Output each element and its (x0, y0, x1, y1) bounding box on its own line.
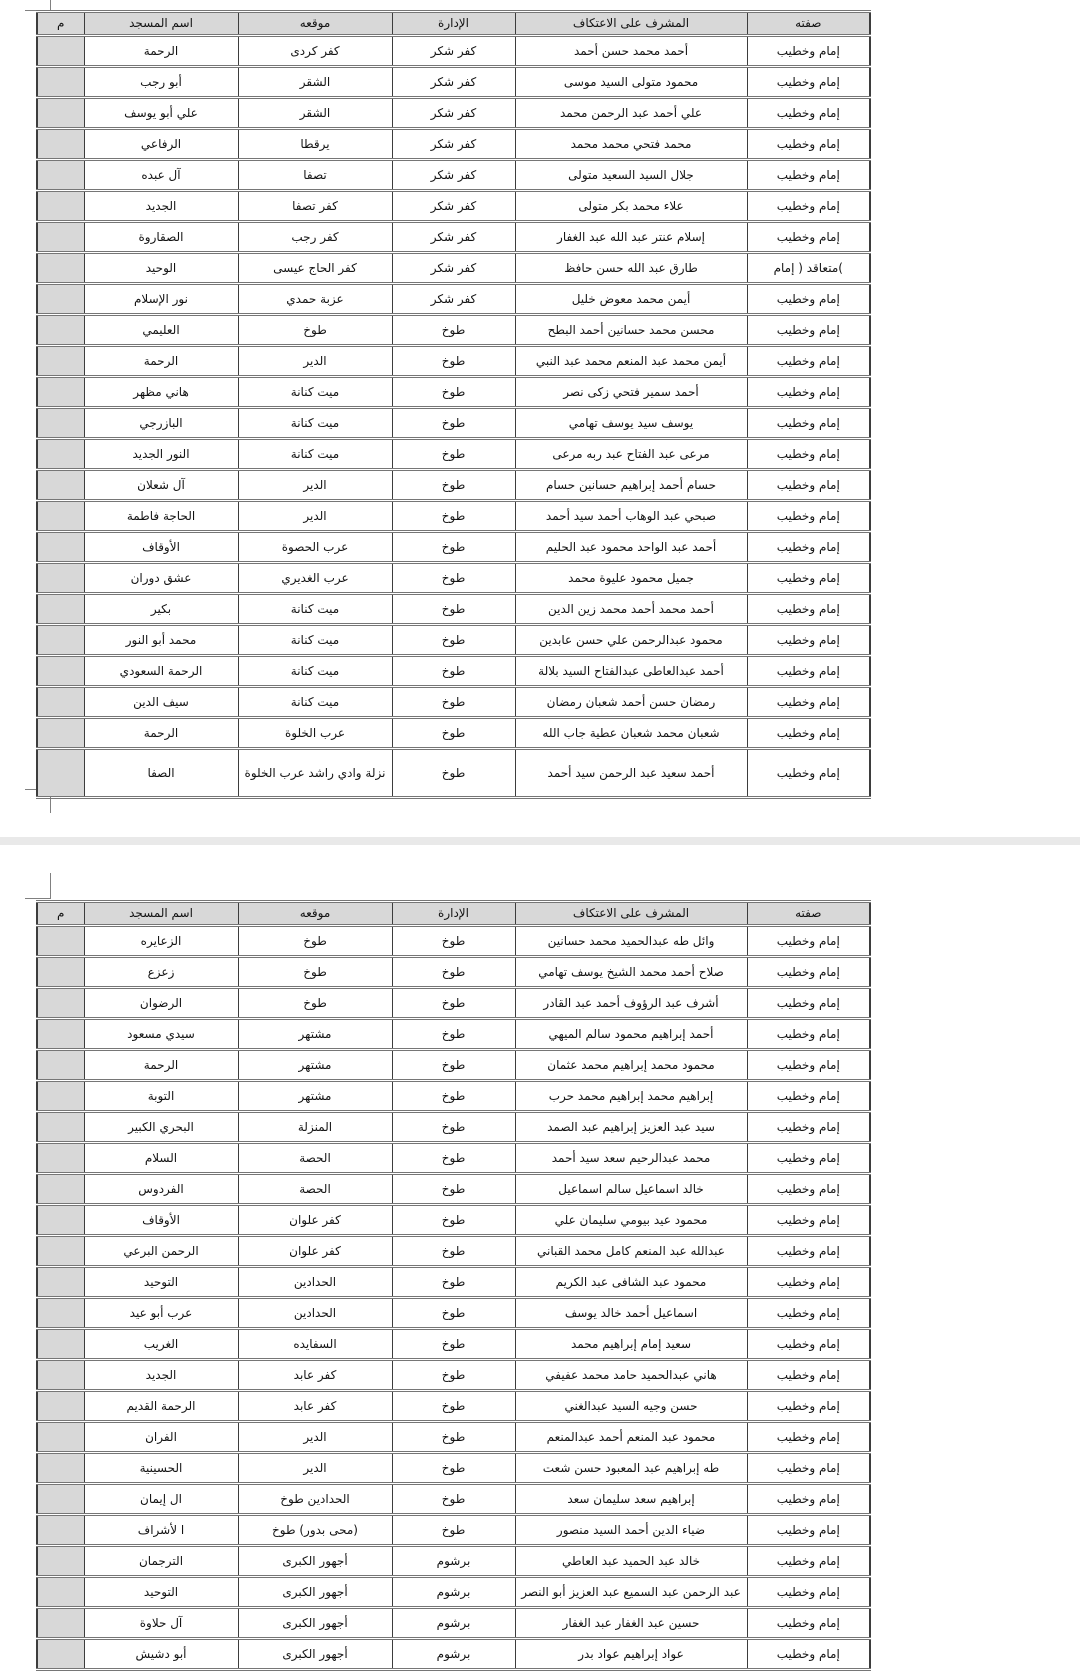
cell-imam-title: إمام وخطيب (747, 1329, 870, 1360)
cell-serial (37, 1329, 84, 1360)
cell-serial (37, 1360, 84, 1391)
cell-serial (37, 470, 84, 501)
cell-serial (37, 1267, 84, 1298)
cell-imam-title: إمام وخطيب (747, 1205, 870, 1236)
table-row: الزعايرهطوخطوخوائل طه عبدالحميد محمد حسا… (37, 926, 870, 957)
cell-administration: كفر شكر (392, 160, 515, 191)
cell-mosque-name: ال إيمان (84, 1484, 238, 1515)
cell-itikaf-supervisor: محسن محمد حسانين أحمد البطح (515, 315, 747, 346)
cell-imam-title: إمام وخطيب (747, 749, 870, 798)
cell-itikaf-supervisor: يوسف سيد يوسف تهامي (515, 408, 747, 439)
cell-mosque-name: الرحمة (84, 36, 238, 67)
cell-serial (37, 1019, 84, 1050)
table-row: الرحمن البرعيكفر علوانطوخعبدالله عبد الم… (37, 1236, 870, 1267)
cell-itikaf-supervisor: طارق عبد الله حسن حافظ (515, 253, 747, 284)
cell-mosque-name: الصقاروة (84, 222, 238, 253)
cell-serial (37, 988, 84, 1019)
cell-itikaf-supervisor: محمد فتحي محمد محمد (515, 129, 747, 160)
cell-location: كفر الحاج عيسى (238, 253, 392, 284)
cell-imam-title: إمام وخطيب (747, 1267, 870, 1298)
cell-administration: كفر شكر (392, 36, 515, 67)
cell-serial (37, 656, 84, 687)
cell-itikaf-supervisor: محمد عبدالرحيم سعد سيد أحمد (515, 1143, 747, 1174)
cell-location: يرقطا (238, 129, 392, 160)
cell-mosque-name: الرحمة (84, 718, 238, 749)
cell-serial (37, 1143, 84, 1174)
table-row: ال إيمانالحدادين طوخطوخإبراهيم سعد سليما… (37, 1484, 870, 1515)
cell-serial (37, 1608, 84, 1639)
cell-serial (37, 191, 84, 222)
table-row: الرضوانطوخطوخأشرف عبد الرؤوف أحمد عبد ال… (37, 988, 870, 1019)
cell-administration: كفر شكر (392, 98, 515, 129)
cell-itikaf-supervisor: محمود محمد إبراهيم محمد عثمان (515, 1050, 747, 1081)
cell-serial (37, 749, 84, 798)
cell-location: طوخ (238, 926, 392, 957)
cell-itikaf-supervisor: جميل محمود عليوة محمد (515, 563, 747, 594)
cell-mosque-name: الجديد (84, 191, 238, 222)
cell-mosque-name: الرحمة القديم (84, 1391, 238, 1422)
cell-mosque-name: عرب أبو عيد (84, 1298, 238, 1329)
cell-administration: طوخ (392, 687, 515, 718)
cell-administration: طوخ (392, 377, 515, 408)
cell-location: كفر علوان (238, 1205, 392, 1236)
cell-itikaf-supervisor: أحمد إبراهيم محمود سالم الميهي (515, 1019, 747, 1050)
cell-location: نزلة وادي راشد عرب الخلوة (238, 749, 392, 798)
cell-mosque-name: البازرجي (84, 408, 238, 439)
cell-imam-title: إمام وخطيب (747, 1019, 870, 1050)
cell-serial (37, 1050, 84, 1081)
cell-mosque-name: آل حلاوة (84, 1608, 238, 1639)
cell-serial (37, 129, 84, 160)
table-row: محمد أبو النورميت كنانةطوخمحمود عبدالرحم… (37, 625, 870, 656)
cell-itikaf-supervisor: طه إبراهيم عبد المعبود حسن شعت (515, 1453, 747, 1484)
table-row: النور الجديدميت كنانةطوخمرعى عبد الفتاح … (37, 439, 870, 470)
cell-itikaf-supervisor: سيد عبد العزيز إبراهيم عبد الصمد (515, 1112, 747, 1143)
table-row: سيف الدينميت كنانةطوخرمضان حسن أحمد شعبا… (37, 687, 870, 718)
col-header-admin: الإدارة (392, 12, 515, 36)
cell-administration: طوخ (392, 1205, 515, 1236)
cell-imam-title: إمام وخطيب (747, 191, 870, 222)
table-row: سيدي مسعودمشتهرطوخأحمد إبراهيم محمود سال… (37, 1019, 870, 1050)
col-header-title: صفته (747, 12, 870, 36)
cell-location: الشقر (238, 67, 392, 98)
cell-administration: كفر شكر (392, 253, 515, 284)
table-row: هاني مظهرميت كنانةطوخأحمد سمير فتحي زكى … (37, 377, 870, 408)
table-row: علي أبو يوسفالشقركفر شكرعلي أحمد عبد الر… (37, 98, 870, 129)
cell-itikaf-supervisor: حسام أحمد إبراهيم حسانين حسام (515, 470, 747, 501)
table-row: الوحيدكفر الحاج عيسىكفر شكرطارق عبد الله… (37, 253, 870, 284)
cell-administration: طوخ (392, 1298, 515, 1329)
cell-imam-title: إمام وخطيب (747, 67, 870, 98)
cell-itikaf-supervisor: خالد عبد الحميد عبد العاطي (515, 1546, 747, 1577)
cell-serial (37, 222, 84, 253)
page2-top-corner-mark (50, 873, 51, 899)
cell-location: تصفا (238, 160, 392, 191)
cell-location: ميت كنانة (238, 625, 392, 656)
cell-administration: طوخ (392, 594, 515, 625)
cell-mosque-name: الأوقاف (84, 532, 238, 563)
cell-imam-title: إمام وخطيب (747, 501, 870, 532)
cell-serial (37, 1453, 84, 1484)
cell-mosque-name: الصفا (84, 749, 238, 798)
cell-imam-title: إمام وخطيب (747, 222, 870, 253)
cell-itikaf-supervisor: شعبان محمد شعبان عطية جاب الله (515, 718, 747, 749)
table-row: آل شعلانالديرطوخحسام أحمد إبراهيم حسانين… (37, 470, 870, 501)
cell-location: كفر كردى (238, 36, 392, 67)
cell-administration: طوخ (392, 1484, 515, 1515)
cell-serial (37, 377, 84, 408)
cell-location: الدير (238, 470, 392, 501)
header-row: ماسم المسجدموقعهالإدارةالمشرف على الاعتك… (37, 902, 870, 926)
cell-imam-title: إمام وخطيب (747, 377, 870, 408)
cell-mosque-name: نور الإسلام (84, 284, 238, 315)
cell-mosque-name: الرضوان (84, 988, 238, 1019)
cell-administration: طوخ (392, 501, 515, 532)
cell-imam-title: إمام وخطيب (747, 1081, 870, 1112)
cell-serial (37, 957, 84, 988)
cell-imam-title: إمام وخطيب (747, 687, 870, 718)
cell-serial (37, 36, 84, 67)
cell-itikaf-supervisor: أحمد سعيد عبد الرحمن سيد أحمد (515, 749, 747, 798)
cell-mosque-name: آل عبده (84, 160, 238, 191)
page2-top-corner-mark (25, 898, 51, 899)
table-row: السلامالحصةطوخمحمد عبدالرحيم سعد سيد أحم… (37, 1143, 870, 1174)
cell-serial (37, 408, 84, 439)
cell-administration: طوخ (392, 988, 515, 1019)
cell-administration: طوخ (392, 1391, 515, 1422)
cell-mosque-name: محمد أبو النور (84, 625, 238, 656)
cell-serial (37, 563, 84, 594)
cell-itikaf-supervisor: أحمد سمير فتحي زكى نصر (515, 377, 747, 408)
cell-serial (37, 253, 84, 284)
cell-location: أجهور الكبرى (238, 1577, 392, 1608)
cell-location: أجهور الكبرى (238, 1639, 392, 1669)
cell-serial (37, 315, 84, 346)
cell-mosque-name: التوحيد (84, 1267, 238, 1298)
cell-itikaf-supervisor: إبراهيم محمد إبراهيم محمد حرب (515, 1081, 747, 1112)
cell-imam-title: إمام وخطيب (747, 346, 870, 377)
cell-imam-title: إمام وخطيب (747, 926, 870, 957)
cell-administration: طوخ (392, 1360, 515, 1391)
cell-serial (37, 1236, 84, 1267)
cell-itikaf-supervisor: إسلام عنتر عبد الله عبد الغفار (515, 222, 747, 253)
cell-itikaf-supervisor: مرعى عبد الفتاح عبد ربه مرعى (515, 439, 747, 470)
cell-mosque-name: أبو رجب (84, 67, 238, 98)
cell-imam-title: إمام وخطيب (747, 1174, 870, 1205)
cell-mosque-name: آل شعلان (84, 470, 238, 501)
cell-itikaf-supervisor: أحمد عبدالعاطى عبدالفتاح السيد بلالة (515, 656, 747, 687)
cell-mosque-name: ا لأشراف (84, 1515, 238, 1546)
cell-mosque-name: أبو دشيش (84, 1639, 238, 1669)
cell-location: أجهور الكبرى (238, 1546, 392, 1577)
cell-location: كفر علوان (238, 1236, 392, 1267)
cell-mosque-name: عشق دوران (84, 563, 238, 594)
cell-imam-title: إمام وخطيب (747, 1360, 870, 1391)
table-row: الرحمة القديمكفر عابدطوخحسن وجيه السيد ع… (37, 1391, 870, 1422)
cell-mosque-name: الرحمة السعودي (84, 656, 238, 687)
cell-mosque-name: النور الجديد (84, 439, 238, 470)
cell-location: الحدادين طوخ (238, 1484, 392, 1515)
col-header-location: موقعه (238, 902, 392, 926)
table-row: الصفانزلة وادي راشد عرب الخلوةطوخأحمد سع… (37, 749, 870, 798)
cell-itikaf-supervisor: هاني عبدالحميد حامد محمد عفيفي (515, 1360, 747, 1391)
cell-serial (37, 625, 84, 656)
cell-imam-title: إمام وخطيب (747, 563, 870, 594)
cell-itikaf-supervisor: عبدالله عبد المنعم كامل محمد القباني (515, 1236, 747, 1267)
cell-mosque-name: علي أبو يوسف (84, 98, 238, 129)
cell-location: مشتهر (238, 1081, 392, 1112)
col-header-supervisor: المشرف على الاعتكاف (515, 902, 747, 926)
cell-itikaf-supervisor: صلاح أحمد محمد الشيخ يوسف تهامي (515, 957, 747, 988)
cell-imam-title: إمام وخطيب (747, 1391, 870, 1422)
col-header-mosque: اسم المسجد (84, 902, 238, 926)
cell-administration: طوخ (392, 1143, 515, 1174)
cell-serial (37, 718, 84, 749)
header-row: ماسم المسجدموقعهالإدارةالمشرف على الاعتك… (37, 12, 870, 36)
table-row: أبو رجبالشقركفر شكرمحمود متولى السيد موس… (37, 67, 870, 98)
cell-serial (37, 1391, 84, 1422)
col-header-location: موقعه (238, 12, 392, 36)
cell-mosque-name: الحاجة فاطمة (84, 501, 238, 532)
cell-imam-title: إمام وخطيب (747, 439, 870, 470)
cell-location: ميت كنانة (238, 687, 392, 718)
table-row: ا لأشراف(محى بدور) طوخطوخضياء الدين أحمد… (37, 1515, 870, 1546)
cell-imam-title: إمام وخطيب (747, 625, 870, 656)
cell-itikaf-supervisor: محمود عبد الشافى عبد الكريم (515, 1267, 747, 1298)
cell-administration: طوخ (392, 1112, 515, 1143)
cell-administration: طوخ (392, 1267, 515, 1298)
cell-itikaf-supervisor: خالد اسماعيل سالم اسماعيل (515, 1174, 747, 1205)
cell-imam-title: إمام وخطيب (747, 718, 870, 749)
cell-location: عزبة حمدي (238, 284, 392, 315)
cell-mosque-name: الرفاعي (84, 129, 238, 160)
cell-mosque-name: الوحيد (84, 253, 238, 284)
cell-serial (37, 687, 84, 718)
table-row: عشق دورانعرب الغديريطوخجميل محمود عليوة … (37, 563, 870, 594)
cell-location: الحصة (238, 1174, 392, 1205)
cell-mosque-name: زعزع (84, 957, 238, 988)
cell-location: الحدادين (238, 1267, 392, 1298)
mosques-itikaf-table: ماسم المسجدموقعهالإدارةالمشرف على الاعتك… (36, 10, 871, 799)
cell-mosque-name: الترجمان (84, 1546, 238, 1577)
cell-mosque-name: التوحيد (84, 1577, 238, 1608)
cell-imam-title: )متعاقد ( إمام (747, 253, 870, 284)
cell-administration: طوخ (392, 346, 515, 377)
cell-itikaf-supervisor: رمضان حسن أحمد شعبان رمضان (515, 687, 747, 718)
cell-location: (محى بدور) طوخ (238, 1515, 392, 1546)
table-row: الغريبالسفايدهطوخسعيد إمام إبراهيم محمدإ… (37, 1329, 870, 1360)
table-row: بكيرميت كنانةطوخأحمد محمد أحمد محمد زين … (37, 594, 870, 625)
cell-mosque-name: الجديد (84, 1360, 238, 1391)
cell-mosque-name: البحري الكبير (84, 1112, 238, 1143)
cell-location: الشقر (238, 98, 392, 129)
cell-location: طوخ (238, 957, 392, 988)
cell-imam-title: إمام وخطيب (747, 470, 870, 501)
cell-imam-title: إمام وخطيب (747, 1143, 870, 1174)
table-row: أبو دشيشأجهور الكبرىبرشومعواد إبراهيم عو… (37, 1639, 870, 1669)
cell-imam-title: إمام وخطيب (747, 1608, 870, 1639)
cell-administration: طوخ (392, 926, 515, 957)
cell-administration: طوخ (392, 1422, 515, 1453)
cell-mosque-name: الحسينية (84, 1453, 238, 1484)
cell-serial (37, 67, 84, 98)
cell-administration: كفر شكر (392, 129, 515, 160)
cell-imam-title: إمام وخطيب (747, 594, 870, 625)
table-row: الأوقافعرب الحصوةطوخأحمد عبد الواحد محمو… (37, 532, 870, 563)
table-row: آل حلاوةأجهور الكبرىبرشومحسين عبد الغفار… (37, 1608, 870, 1639)
cell-serial (37, 926, 84, 957)
cell-itikaf-supervisor: أيمن محمد عبد المنعم محمد عبد النبي (515, 346, 747, 377)
cell-itikaf-supervisor: عواد إبراهيم عواد بدر (515, 1639, 747, 1669)
cell-imam-title: إمام وخطيب (747, 1112, 870, 1143)
table-row: الرحمةمشتهرطوخمحمود محمد إبراهيم محمد عث… (37, 1050, 870, 1081)
cell-administration: طوخ (392, 656, 515, 687)
cell-mosque-name: الفردوس (84, 1174, 238, 1205)
cell-location: طوخ (238, 315, 392, 346)
mosques-itikaf-table: ماسم المسجدموقعهالإدارةالمشرف على الاعتك… (36, 900, 871, 1668)
cell-location: كفر رجب (238, 222, 392, 253)
cell-administration: طوخ (392, 563, 515, 594)
cell-location: ميت كنانة (238, 594, 392, 625)
cell-location: الحصة (238, 1143, 392, 1174)
cell-administration: طوخ (392, 1236, 515, 1267)
cell-mosque-name: الرحمن البرعي (84, 1236, 238, 1267)
cell-administration: طوخ (392, 1019, 515, 1050)
table-row: الرحمة السعوديميت كنانةطوخأحمد عبدالعاطى… (37, 656, 870, 687)
table-row: الفرانالديرطوخمحمود عبد المنعم أحمد عبدا… (37, 1422, 870, 1453)
table-row: زعزعطوخطوخصلاح أحمد محمد الشيخ يوسف تهام… (37, 957, 870, 988)
cell-itikaf-supervisor: علي أحمد عبد الرحمن محمد (515, 98, 747, 129)
cell-imam-title: إمام وخطيب (747, 36, 870, 67)
cell-mosque-name: الرحمة (84, 346, 238, 377)
cell-administration: طوخ (392, 1453, 515, 1484)
table-row: التوبةمشتهرطوخإبراهيم محمد إبراهيم محمد … (37, 1081, 870, 1112)
cell-administration: كفر شكر (392, 222, 515, 253)
cell-imam-title: إمام وخطيب (747, 98, 870, 129)
cell-itikaf-supervisor: عبد الرحمن عبد السميع عبد العزيز أبو الن… (515, 1577, 747, 1608)
cell-administration: طوخ (392, 749, 515, 798)
cell-itikaf-supervisor: علاء محمد بكر متولى (515, 191, 747, 222)
cell-location: عرب الغديري (238, 563, 392, 594)
cell-serial (37, 98, 84, 129)
cell-mosque-name: هاني مظهر (84, 377, 238, 408)
page-1: ماسم المسجدموقعهالإدارةالمشرف على الاعتك… (36, 10, 869, 799)
table-row: العليميطوخطوخمحسن محمد حسانين أحمد البطح… (37, 315, 870, 346)
cell-itikaf-supervisor: أحمد عبد الواحد محمود عبد الحليم (515, 532, 747, 563)
cell-itikaf-supervisor: جلال السيد السعيد متولى (515, 160, 747, 191)
table-row: الرفاعييرقطاكفر شكرمحمد فتحي محمد محمدإم… (37, 129, 870, 160)
cell-location: مشتهر (238, 1050, 392, 1081)
table-row: التوحيدالحدادينطوخمحمود عبد الشافى عبد ا… (37, 1267, 870, 1298)
cell-imam-title: إمام وخطيب (747, 1298, 870, 1329)
cell-mosque-name: التوبة (84, 1081, 238, 1112)
table-row: الجديدكفر تصفاكفر شكرعلاء محمد بكر متولى… (37, 191, 870, 222)
table-row: الحاجة فاطمةالديرطوخصبحي عبد الوهاب أحمد… (37, 501, 870, 532)
cell-location: كفر تصفا (238, 191, 392, 222)
cell-imam-title: إمام وخطيب (747, 129, 870, 160)
table-row: آل عبدهتصفاكفر شكرجلال السيد السعيد متول… (37, 160, 870, 191)
cell-mosque-name: الرحمة (84, 1050, 238, 1081)
cell-serial (37, 160, 84, 191)
cell-mosque-name: الغريب (84, 1329, 238, 1360)
cell-itikaf-supervisor: محمود عبد المنعم أحمد عبدالمنعم (515, 1422, 747, 1453)
cell-serial (37, 1081, 84, 1112)
cell-location: كفر عابد (238, 1360, 392, 1391)
cell-serial (37, 1112, 84, 1143)
cell-serial (37, 1639, 84, 1669)
table-row: عرب أبو عيدالحدادينطوخاسماعيل أحمد خالد … (37, 1298, 870, 1329)
cell-serial (37, 1577, 84, 1608)
page-break-separator (0, 837, 1080, 845)
cell-serial (37, 1515, 84, 1546)
cell-administration: طوخ (392, 1515, 515, 1546)
table-row: الأوقافكفر علوانطوخمحمود عيد بيومي سليما… (37, 1205, 870, 1236)
cell-imam-title: إمام وخطيب (747, 1484, 870, 1515)
table-row: التوحيدأجهور الكبرىبرشومعبد الرحمن عبد ا… (37, 1577, 870, 1608)
cell-location: الدير (238, 1422, 392, 1453)
cell-serial (37, 1298, 84, 1329)
cell-itikaf-supervisor: أشرف عبد الرؤوف أحمد عبد القادر (515, 988, 747, 1019)
col-header-mosque: اسم المسجد (84, 12, 238, 36)
cell-mosque-name: بكير (84, 594, 238, 625)
cell-itikaf-supervisor: حسن وجيه السيد عبدالغني (515, 1391, 747, 1422)
cell-administration: طوخ (392, 1174, 515, 1205)
cell-location: أجهور الكبرى (238, 1608, 392, 1639)
cell-location: الحدادين (238, 1298, 392, 1329)
cell-administration: طوخ (392, 718, 515, 749)
cell-imam-title: إمام وخطيب (747, 1422, 870, 1453)
cell-itikaf-supervisor: محمود عبدالرحمن علي حسن عابدين (515, 625, 747, 656)
cell-imam-title: إمام وخطيب (747, 160, 870, 191)
table-row: الرحمةكفر كردىكفر شكرأحمد محمد حسن أحمدإ… (37, 36, 870, 67)
cell-itikaf-supervisor: وائل طه عبدالحميد محمد حسانين (515, 926, 747, 957)
cell-itikaf-supervisor: حسين عبد الغفار عبد الغفار (515, 1608, 747, 1639)
cell-administration: طوخ (392, 957, 515, 988)
cell-administration: طوخ (392, 1081, 515, 1112)
col-header-m: م (37, 12, 84, 36)
table-row: الصقاروةكفر رجبكفر شكرإسلام عنتر عبد الل… (37, 222, 870, 253)
cell-location: ميت كنانة (238, 656, 392, 687)
cell-imam-title: إمام وخطيب (747, 532, 870, 563)
page-2: ماسم المسجدموقعهالإدارةالمشرف على الاعتك… (36, 900, 869, 1668)
cell-administration: برشوم (392, 1577, 515, 1608)
cell-itikaf-supervisor: صبحي عبد الوهاب أحمد سيد أحمد (515, 501, 747, 532)
cell-location: ميت كنانة (238, 377, 392, 408)
cell-location: الدير (238, 346, 392, 377)
cell-administration: طوخ (392, 408, 515, 439)
cell-location: المنزلة (238, 1112, 392, 1143)
table-row: نور الإسلامعزبة حمديكفر شكرأيمن محمد معو… (37, 284, 870, 315)
cell-imam-title: إمام وخطيب (747, 1546, 870, 1577)
cell-imam-title: إمام وخطيب (747, 315, 870, 346)
cell-imam-title: إمام وخطيب (747, 1577, 870, 1608)
cell-location: كفر عابد (238, 1391, 392, 1422)
cell-serial (37, 1174, 84, 1205)
cell-serial (37, 439, 84, 470)
cell-location: مشتهر (238, 1019, 392, 1050)
col-header-title: صفته (747, 902, 870, 926)
cell-location: ميت كنانة (238, 439, 392, 470)
cell-itikaf-supervisor: إبراهيم سعد سليمان سعد (515, 1484, 747, 1515)
col-header-m: م (37, 902, 84, 926)
cell-location: الدير (238, 501, 392, 532)
cell-serial (37, 284, 84, 315)
cell-administration: طوخ (392, 532, 515, 563)
cell-administration: طوخ (392, 439, 515, 470)
table-row: الرحمةالديرطوخأيمن محمد عبد المنعم محمد … (37, 346, 870, 377)
cell-mosque-name: سيف الدين (84, 687, 238, 718)
cell-itikaf-supervisor: أيمن محمد معوض خليل (515, 284, 747, 315)
